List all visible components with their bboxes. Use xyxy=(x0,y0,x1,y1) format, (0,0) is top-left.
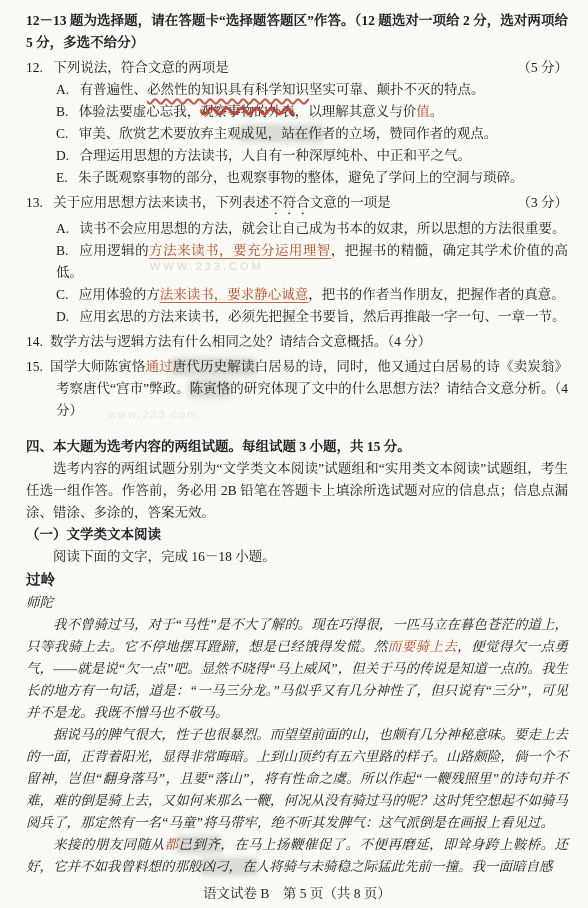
teacher-wavy-underline-mark: 必然性的知识具有科学知识 xyxy=(147,82,309,97)
option-12e: E. 朱子既观察事物的部分，也观察事物的整体，避免了学问上的空洞与琐碎。 xyxy=(56,167,568,189)
option-13c-label: C. xyxy=(56,287,68,302)
option-12d-text: 合理运用思想的方法读书，人自有一种深厚纯朴、中正和平之气。 xyxy=(80,148,472,163)
question-12-stem-row: （5 分） 12. 下列说法，符合文意的两项是 xyxy=(26,57,568,79)
scan-smudge: 唐代历史解读 xyxy=(173,359,255,374)
teacher-highlight-mark: 方法来读书，要充分运用理智 xyxy=(149,243,331,258)
option-13d: D. 应用玄思的方法来读书，必须先把握全书要旨，然后再推敲一字一句、一章一节。 xyxy=(56,306,568,328)
scan-smudge: 凶刁，在 xyxy=(202,859,256,874)
reading-instruction: 阅读下面的文字，完成 16－18 小题。 xyxy=(26,546,568,568)
question-12: （5 分） 12. 下列说法，符合文意的两项是 A. 有普遍性、必然性的知识具有… xyxy=(26,57,568,189)
option-12a: A. 有普遍性、必然性的知识具有科学知识坚实可靠、颠扑不灭的特点。 xyxy=(56,79,568,101)
scan-smudge: 已到齐 xyxy=(178,837,220,852)
option-13a-label: A. xyxy=(56,221,69,236)
question-13-score: （3 分） xyxy=(517,192,568,214)
scan-smudge: 陈寅恪 xyxy=(190,381,231,396)
option-12c-text-end: 者的立场，赞同作者的观点。 xyxy=(322,126,498,141)
paragraph-3-text-end: 人将骑与未骑稳之际猛此先前一撞。我一面暗自感 xyxy=(256,859,553,874)
question-14: 14.数学方法与逻辑方法有什么相同之处？请结合文意概括。（4 分） xyxy=(26,331,568,353)
option-12e-text: 朱子既观察事物的部分，也观察事物的整体，避免了学问上的空洞与琐碎。 xyxy=(78,170,524,185)
question-13: （3 分） 13. 关于应用思想方法来读书，下列表述不符合文意的一项是 A. 读… xyxy=(26,192,568,328)
passage-paragraph-3: 来接的朋友同随从都已到齐，在马上扬鞭催促了。不便再磨延，即耸身跨上鞍桥。还好，它… xyxy=(26,834,568,878)
teacher-highlight-mark: 法来读书，要求静心诚意 xyxy=(160,287,309,302)
option-13b-label: B. xyxy=(56,243,68,258)
option-13d-text: 应用玄思的方法来读书，必须先把握全书要旨，然后再推敲一字一句、一章一节。 xyxy=(80,309,566,324)
section-4-instructions: 选考内容的两组试题分别为“文学类文本阅读”试题组和“实用类文本阅读”试题组，考生… xyxy=(26,458,568,524)
option-12b-label: B. xyxy=(56,104,68,119)
question-14-text: 数学方法与逻辑方法有什么相同之处？请结合文意概括。（4 分） xyxy=(50,334,431,349)
passage-paragraph-1: 我不曾骑过马，对于“马性”是不大了解的。现在巧得很，一匹马立在暮色苍茫的道上，只… xyxy=(26,614,568,724)
question-14-number: 14. xyxy=(26,334,43,349)
option-13a-text: 读书不会应用思想的方法，就会让自己成为书本的奴隶，所以思想的方法很重要。 xyxy=(80,221,566,236)
option-12c-label: C. xyxy=(56,126,68,141)
option-13c-text-end: ，把书的作者当作朋友，把握作者的真意。 xyxy=(308,287,565,302)
option-12c: C. 审美、欣赏艺术要放弃主观成见，站在作者的立场，赞同作者的观点。 xyxy=(56,123,568,145)
option-12d: D. 合理运用思想的方法读书，人自有一种深厚纯朴、中正和平之气。 xyxy=(56,145,568,167)
question-15-text: 国学大师陈寅恪 xyxy=(50,359,146,374)
option-13b-text: 应用逻辑的 xyxy=(79,243,149,258)
teacher-scribble-mark: 观察事物的外表 xyxy=(200,104,295,119)
option-12b-text-end: 。 xyxy=(430,104,444,119)
option-12b-text: 体验法要虚心忘我， xyxy=(79,104,201,119)
option-12a-text: 有普遍性、 xyxy=(80,82,148,97)
scan-smudge: 成见，站在作 xyxy=(241,126,322,141)
answer-instructions-note: 12－13 题为选择题，请在答题卡“选择题答题区”作答。（12 题选对一项给 2… xyxy=(26,10,568,54)
subsection-1-heading: （一）文学类文本阅读 xyxy=(26,524,568,546)
option-13c-text: 应用体验的方 xyxy=(79,287,160,302)
teacher-highlight-mark: 而要骑上去 xyxy=(388,639,458,654)
section-4: 四、本大题为选考内容的两组试题。每组试题 3 小题，共 15 分。 选考内容的两… xyxy=(26,436,568,568)
teacher-highlight-mark: 都 xyxy=(164,837,178,852)
option-13c: C. 应用体验的方法来读书，要求静心诚意，把书的作者当作朋友，把握作者的真意。 xyxy=(56,284,568,306)
option-12d-label: D. xyxy=(56,148,69,163)
question-13-number: 13. xyxy=(26,195,43,210)
option-12c-text: 审美、欣赏艺术要放弃主观 xyxy=(79,126,241,141)
question-12-number: 12. xyxy=(26,60,43,75)
option-13b: B. 应用逻辑的方法来读书，要充分运用理智，把握书的精髓，确定其学术价值的高低。 xyxy=(56,240,568,284)
reading-passage: 过岭 师陀 我不曾骑过马，对于“马性”是不大了解的。现在巧得很，一匹马立在暮色苍… xyxy=(26,570,568,878)
question-12-score: （5 分） xyxy=(517,57,568,79)
passage-paragraph-2: 据说马的脾气很大，性子也很暴烈。而望望前面的山，也颇有几分神秘意味。要走上去的一… xyxy=(26,724,568,834)
question-15-number: 15. xyxy=(26,359,43,374)
passage-author: 师陀 xyxy=(26,592,568,614)
question-13-stem-row: （3 分） 13. 关于应用思想方法来读书，下列表述不符合文意的一项是 xyxy=(26,192,568,218)
question-12-stem: 下列说法，符合文意的两项是 xyxy=(53,60,229,75)
exam-page: WWW.233.COM www.233.com 12－13 题为选择题，请在答题… xyxy=(0,0,588,908)
option-12a-label: A. xyxy=(56,82,69,97)
option-12b: B. 体验法要虚心忘我，观察事物的外表，以理解其意义与价值。 xyxy=(56,101,568,123)
teacher-highlight-mark: 通过 xyxy=(145,359,172,374)
passage-title: 过岭 xyxy=(26,570,568,592)
option-12e-label: E. xyxy=(56,170,68,185)
option-12a-text-end: 坚实可靠、颠扑不灭的特点。 xyxy=(309,82,485,97)
paragraph-3-text: 来接的朋友同随从 xyxy=(53,837,164,852)
page-footer: 语文试卷 B 第 5 页（共 8 页） xyxy=(26,883,568,905)
section-4-heading: 四、本大题为选考内容的两组试题。每组试题 3 小题，共 15 分。 xyxy=(26,436,568,458)
emphasis-dots-text: 不符合 xyxy=(269,195,310,210)
option-13a: A. 读书不会应用思想的方法，就会让自己成为书本的奴隶，所以思想的方法很重要。 xyxy=(56,218,568,240)
question-13-stem: 关于应用思想方法来读书，下列表述 xyxy=(53,195,269,210)
highlighted-char: 值 xyxy=(416,104,430,119)
question-13-stem-end: 文意的一项是 xyxy=(310,195,391,210)
option-12b-text-mid: ，以理解其意义与价 xyxy=(295,104,417,119)
question-15: 15.国学大师陈寅恪通过唐代历史解读白居易的诗，同时，他又通过白居易的诗《卖炭翁… xyxy=(26,356,568,422)
option-13d-label: D. xyxy=(56,309,69,324)
